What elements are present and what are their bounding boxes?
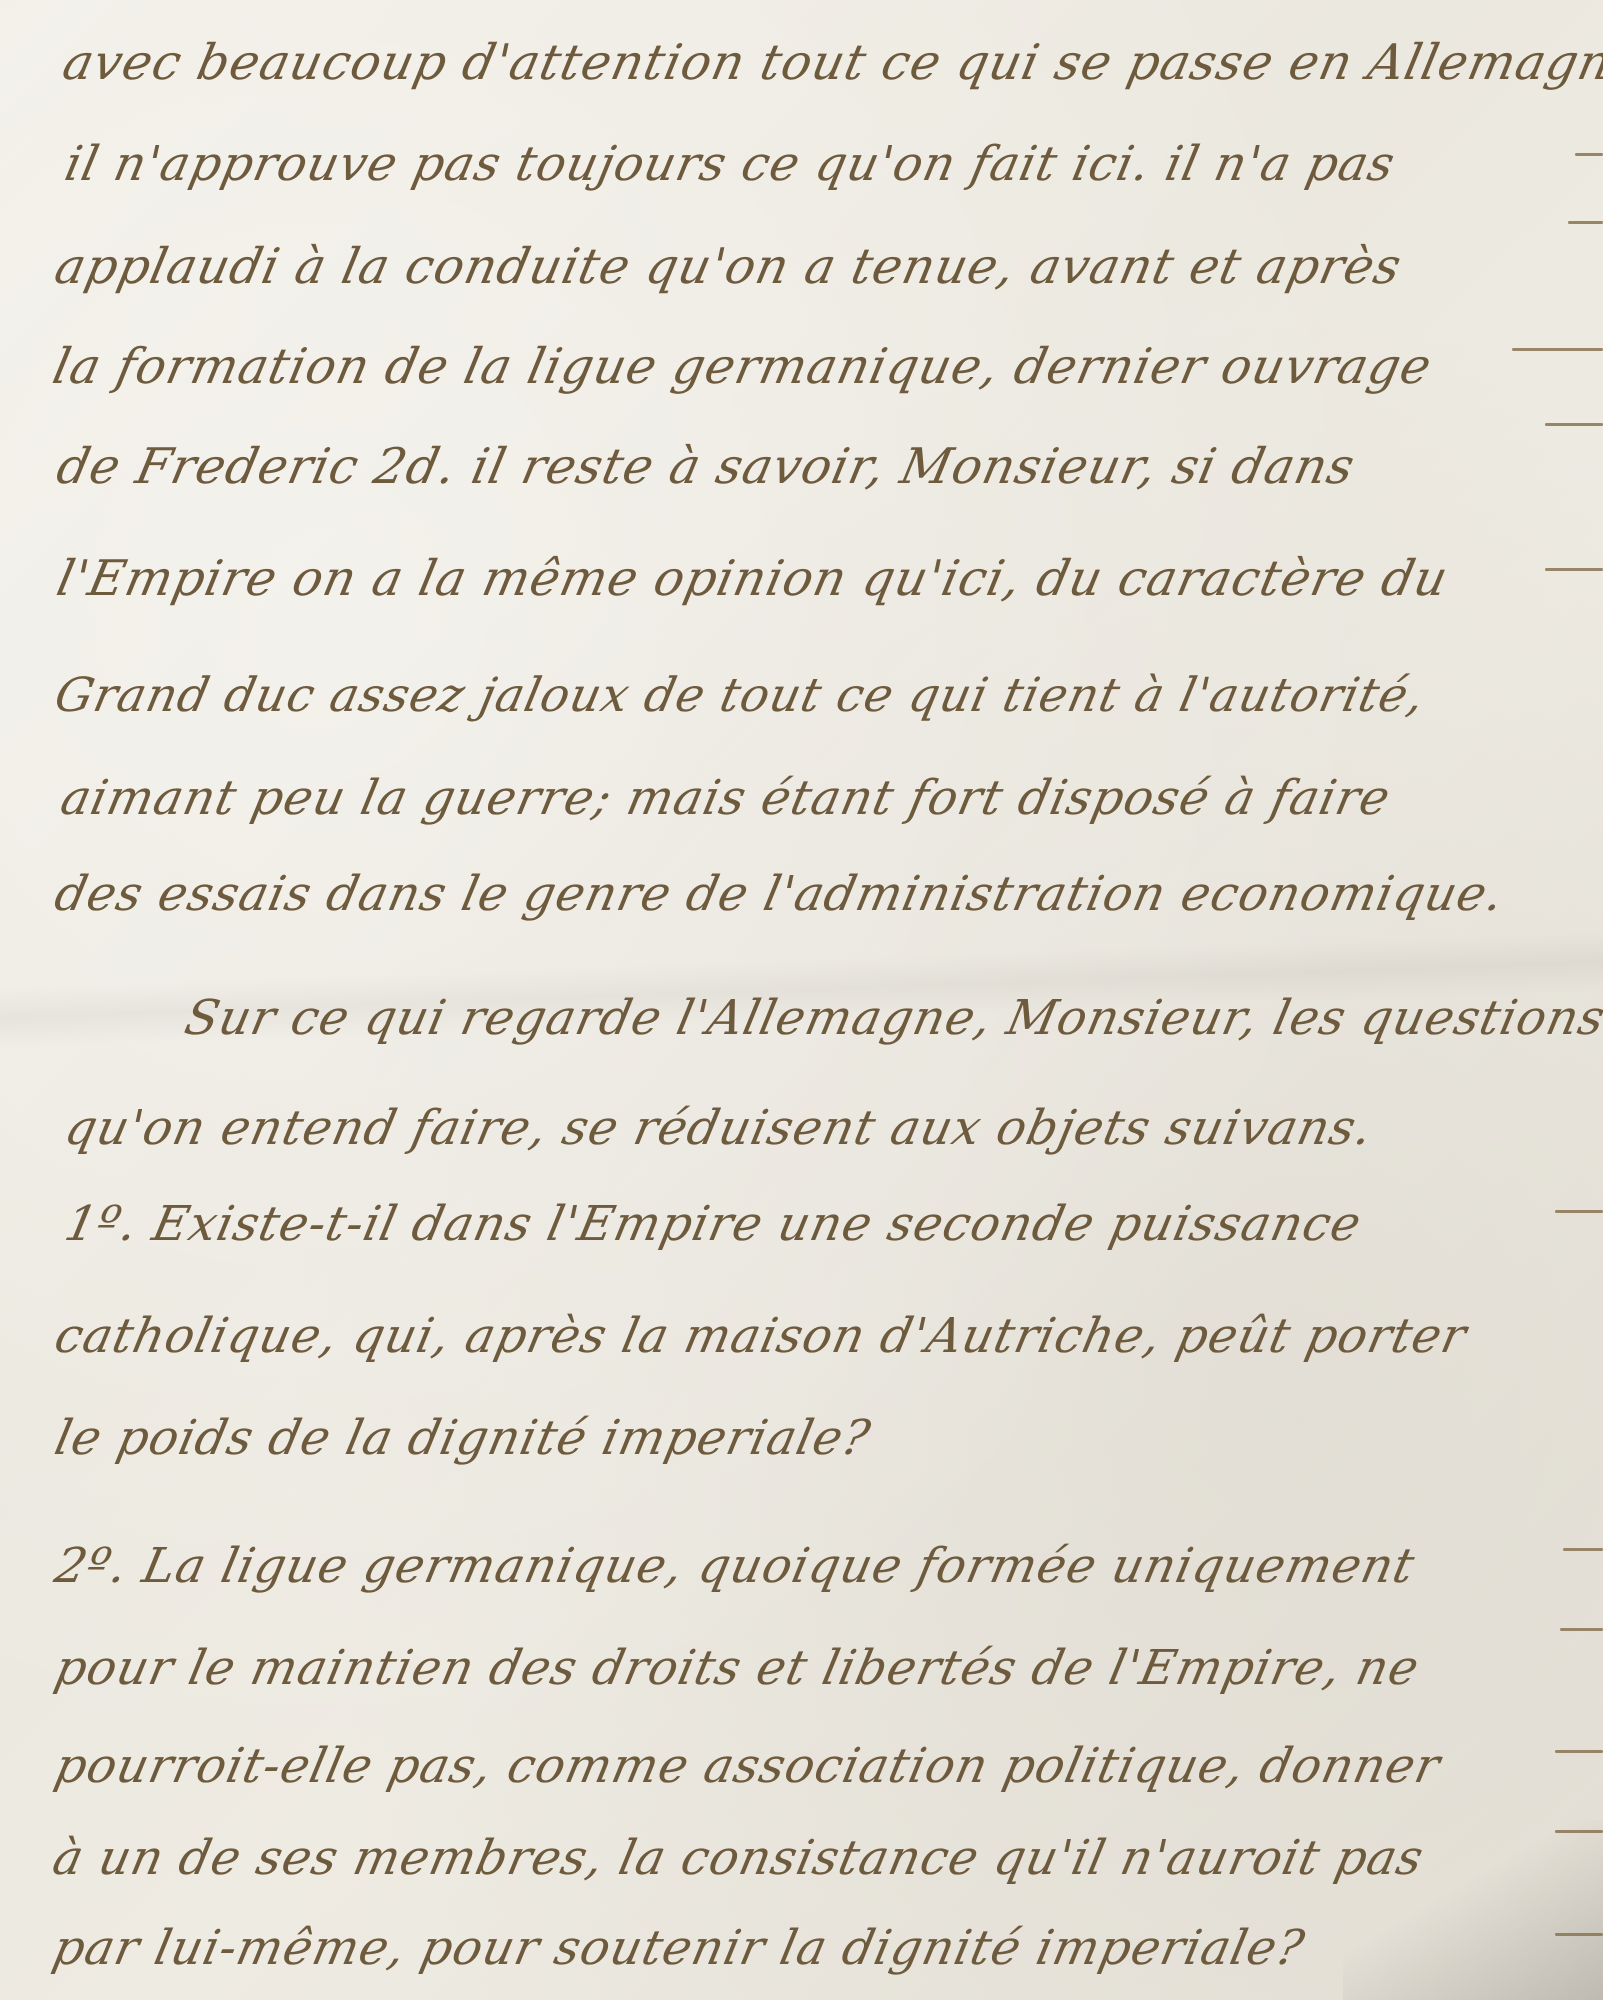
manuscript-line-14: le poids de la dignité imperiale? (50, 1410, 876, 1466)
margin-dash (1555, 1830, 1603, 1833)
manuscript-line-12: 1º. Existe-t-il dans l'Empire une second… (60, 1196, 1367, 1252)
manuscript-line-6: l'Empire on a la même opinion qu'ici, du… (52, 550, 1453, 607)
margin-dash (1560, 1628, 1603, 1631)
margin-dash (1568, 221, 1603, 224)
manuscript-line-9: des essais dans le genre de l'administra… (50, 866, 1509, 922)
margin-dash (1555, 1750, 1603, 1753)
margin-dash (1555, 1933, 1603, 1936)
manuscript-line-10: Sur ce qui regarde l'Allemagne, Monsieur… (180, 990, 1603, 1046)
margin-dash (1555, 1210, 1603, 1213)
manuscript-page: avec beaucoup d'attention tout ce qui se… (0, 0, 1603, 2000)
manuscript-line-16: pour le maintien des droits et libertés … (50, 1640, 1424, 1696)
margin-dash (1563, 1548, 1603, 1551)
manuscript-line-17: pourroit-elle pas, comme association pol… (50, 1738, 1446, 1794)
manuscript-line-18: à un de ses membres, la consistance qu'i… (48, 1830, 1429, 1886)
manuscript-line-11: qu'on entend faire, se réduisent aux obj… (60, 1100, 1378, 1156)
manuscript-line-3: applaudi à la conduite qu'on a tenue, av… (50, 238, 1407, 295)
manuscript-line-2: il n'approuve pas toujours ce qu'on fait… (60, 136, 1400, 192)
margin-dash (1545, 568, 1603, 571)
manuscript-line-8: aimant peu la guerre; mais étant fort di… (56, 770, 1396, 826)
manuscript-line-19: par lui-même, pour soutenir la dignité i… (48, 1920, 1310, 1976)
margin-dash (1575, 153, 1603, 156)
manuscript-line-1: avec beaucoup d'attention tout ce qui se… (58, 34, 1603, 91)
margin-dash (1512, 348, 1603, 351)
manuscript-line-7: Grand duc assez jaloux de tout ce qui ti… (50, 668, 1430, 723)
manuscript-line-13: catholique, qui, après la maison d'Autri… (50, 1308, 1472, 1364)
manuscript-line-5: de Frederic 2d. il reste à savoir, Monsi… (52, 438, 1360, 495)
manuscript-line-15: 2º. La ligue germanique, quoique formée … (50, 1538, 1420, 1594)
manuscript-line-4: la formation de la ligue germanique, der… (48, 338, 1437, 395)
margin-dash (1545, 423, 1603, 426)
